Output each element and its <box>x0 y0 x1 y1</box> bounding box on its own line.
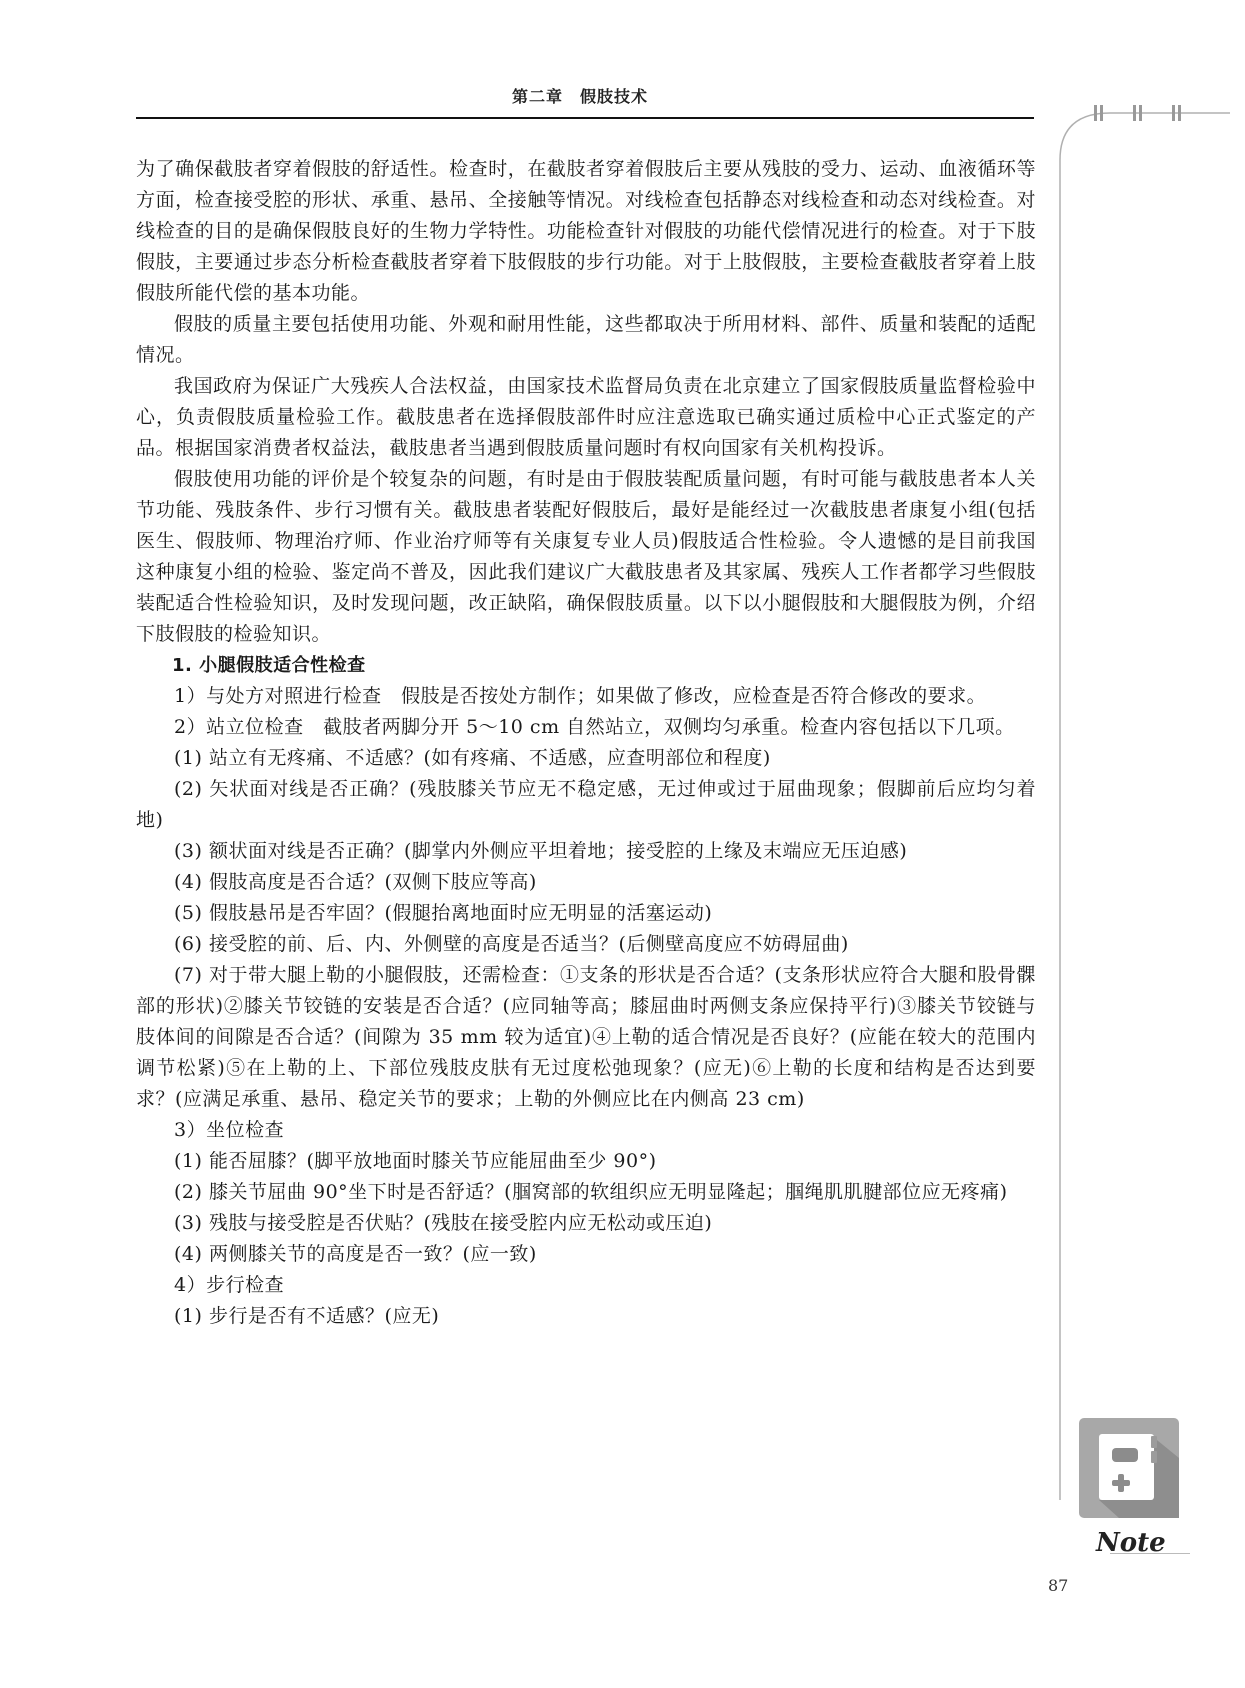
paragraph-2: 我国政府为保证广大残疾人合法权益，由国家技术监督局负责在北京建立了国家假肢质量监… <box>136 371 1036 464</box>
paragraph-6: 2）站立位检查 截肢者两脚分开 5～10 cm 自然站立，双侧均匀承重。检查内容… <box>136 712 1036 743</box>
subsection-heading: 3）坐位检查 <box>136 1115 1036 1146</box>
paragraph-5: 1）与处方对照进行检查 假肢是否按处方制作；如果做了修改，应检查是否符合修改的要… <box>136 681 1036 712</box>
notebook-icon <box>1079 1418 1179 1518</box>
subsection-heading: 4）步行检查 <box>136 1270 1036 1301</box>
list-item: (6) 接受腔的前、后、内、外侧壁的高度是否适当？(后侧壁高度应不妨碍屈曲) <box>136 929 1036 960</box>
section-heading: 1. 小腿假肢适合性检查 <box>136 650 1036 681</box>
paragraph-0: 为了确保截肢者穿着假肢的舒适性。检查时，在截肢者穿着假肢后主要从残肢的受力、运动… <box>136 154 1036 309</box>
list-item: (1) 步行是否有不适感？(应无) <box>136 1301 1036 1332</box>
list-item: (2) 矢状面对线是否正确？(残肢膝关节应无不稳定感，无过伸或过于屈曲现象；假脚… <box>136 774 1036 836</box>
body-text: 为了确保截肢者穿着假肢的舒适性。检查时，在截肢者穿着假肢后主要从残肢的受力、运动… <box>136 154 1036 1332</box>
list-item: (3) 残肢与接受腔是否伏贴？(残肢在接受腔内应无松动或压迫) <box>136 1208 1036 1239</box>
note-underline <box>1110 1553 1190 1554</box>
list-item: (4) 两侧膝关节的高度是否一致？(应一致) <box>136 1239 1036 1270</box>
list-item: (4) 假肢高度是否合适？(双侧下肢应等高) <box>136 867 1036 898</box>
list-item: (1) 能否屈膝？(脚平放地面时膝关节应能屈曲至少 90°) <box>136 1146 1036 1177</box>
list-item: (2) 膝关节屈曲 90°坐下时是否舒适？(腘窝部的软组织应无明显隆起；腘绳肌肌… <box>136 1177 1036 1208</box>
header-rule <box>136 117 1034 119</box>
list-item: (1) 站立有无疼痛、不适感？(如有疼痛、不适感，应查明部位和程度) <box>136 743 1036 774</box>
list-item: (3) 额状面对线是否正确？(脚掌内外侧应平坦着地；接受腔的上缘及末端应无压迫感… <box>136 836 1036 867</box>
binder-rings-decoration <box>1050 100 1245 1500</box>
list-item: (7) 对于带大腿上勒的小腿假肢，还需检查：①支条的形状是否合适？(支条形状应符… <box>136 960 1036 1115</box>
paragraph-1: 假肢的质量主要包括使用功能、外观和耐用性能，这些都取决于所用材料、部件、质量和装… <box>136 309 1036 371</box>
page-number: 87 <box>1048 1576 1068 1595</box>
chapter-header: 第二章 假肢技术 <box>130 84 1030 107</box>
paragraph-3: 假肢使用功能的评价是个较复杂的问题，有时是由于假肢装配质量问题，有时可能与截肢患… <box>136 464 1036 650</box>
list-item: (5) 假肢悬吊是否牢固？(假腿抬离地面时应无明显的活塞运动) <box>136 898 1036 929</box>
